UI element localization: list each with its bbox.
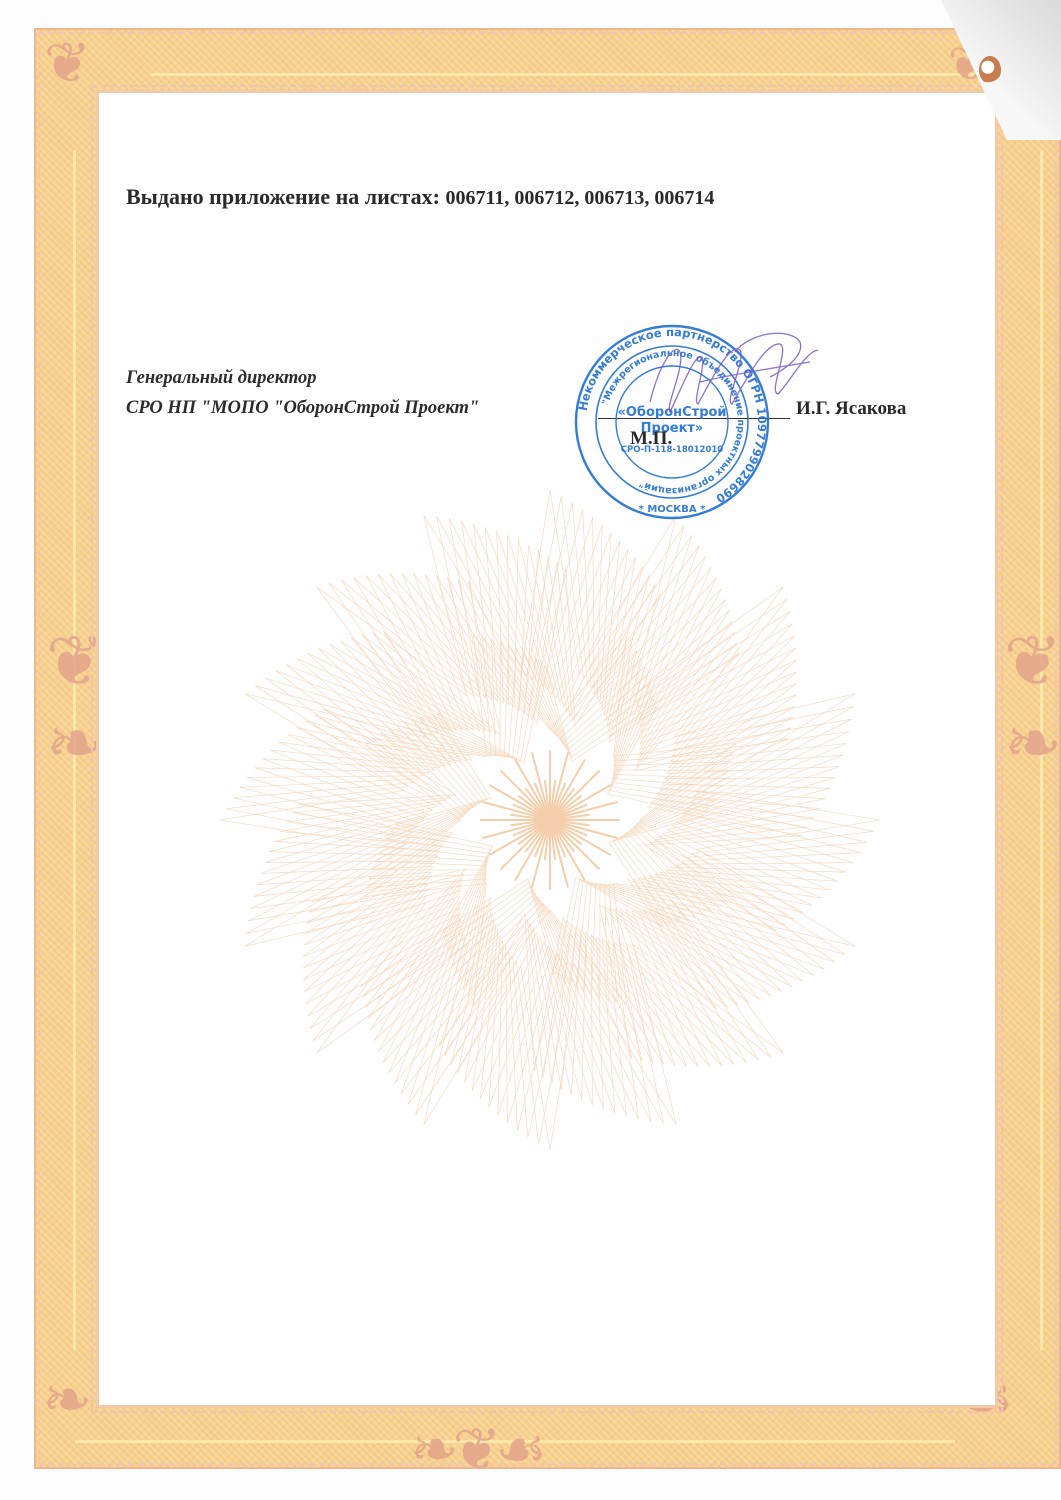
handwritten-signature-icon xyxy=(640,322,830,432)
heading-label: Выдано приложение на листах: xyxy=(126,184,440,209)
signatory-position: Генеральный директор xyxy=(126,368,317,389)
attachment-sheets-heading: Выдано приложение на листах: 006711, 006… xyxy=(126,184,714,210)
sheet-numbers: 006711, 006712, 006713, 006714 xyxy=(445,187,714,209)
seal-mark-label: М.П. xyxy=(630,428,672,450)
bottom-center-ornament-icon: ❧❦☙ xyxy=(410,1420,541,1478)
side-ornament-right-icon: ❦❧ xyxy=(998,620,1061,784)
signatory-organization: СРО НП "МОПО "ОборонСтрой Проект" xyxy=(126,398,479,419)
border-rule-top xyxy=(150,73,980,76)
svg-text:* МОСКВА *: * МОСКВА * xyxy=(639,504,707,515)
staple-hole-icon xyxy=(979,56,1001,84)
certificate-body xyxy=(96,90,998,1408)
corner-ornament-bottom-left-icon: ❧ xyxy=(42,1370,92,1430)
corner-ornament-top-left-icon: ❦ xyxy=(44,36,91,92)
